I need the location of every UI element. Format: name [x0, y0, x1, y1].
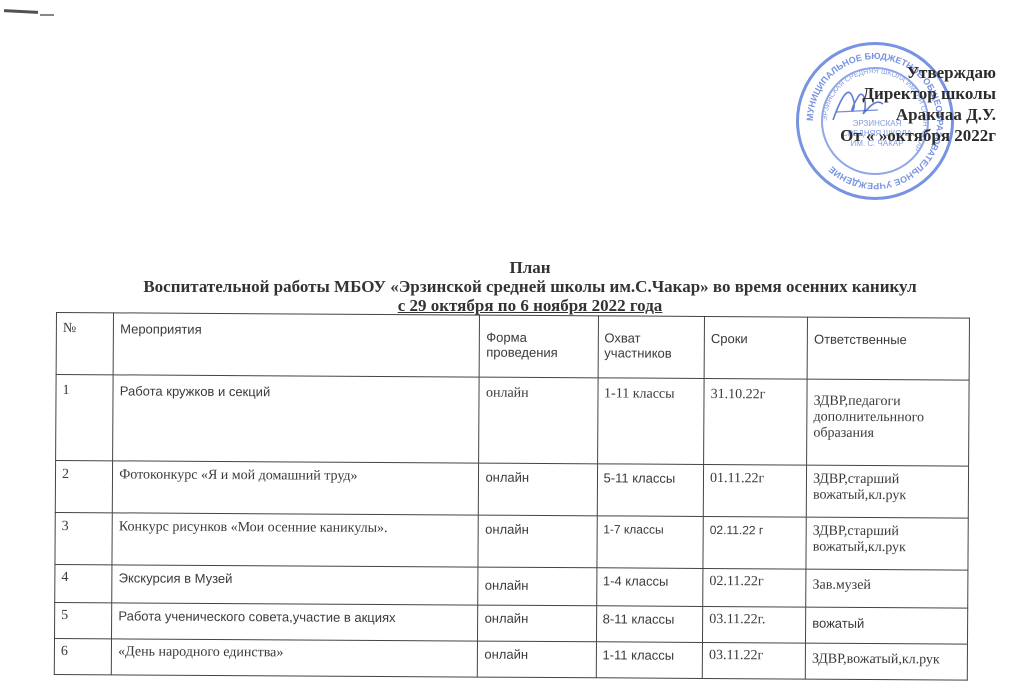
cell-coverage: 8-11 классы — [596, 606, 703, 643]
approval-line: Утверждаю — [840, 62, 996, 83]
approval-block: Утверждаю Директор школы Аракчаа Д.У. От… — [840, 62, 996, 146]
cell-form: онлайн — [478, 605, 596, 642]
cell-coverage: 1-11 классы — [597, 378, 704, 465]
cell-responsible: Зав.музей — [806, 569, 968, 608]
cell-num: 3 — [55, 512, 113, 564]
cell-responsible: ЗДВР,педагоги дополнительнного образания — [807, 379, 969, 466]
cell-responsible: ЗДВР,старший вожатый,кл.рук — [806, 517, 968, 570]
cell-num: 6 — [54, 638, 111, 674]
cell-form: онлайн — [478, 515, 596, 568]
cell-coverage: 5-11 классы — [597, 464, 704, 517]
cell-event: Работа кружков и секций — [113, 375, 480, 463]
cell-event: Работа ученического совета,участие в акц… — [112, 603, 478, 641]
table-header-row: № Мероприятия Форма проведения Охват уча… — [56, 313, 969, 381]
cell-event: Конкурс рисунков «Мои осенние каникулы». — [112, 513, 479, 567]
title-main: Воспитательной работы МБОУ «Эрзинской ср… — [100, 277, 960, 296]
table-row: 2 Фотоконкурс «Я и мой домашний труд» он… — [55, 461, 968, 519]
cell-responsible: ЗДВР,вожатый,кл.рук — [805, 643, 967, 680]
cell-event: «День народного единства» — [112, 639, 478, 677]
table-row: 1 Работа кружков и секций онлайн 1-11 кл… — [56, 375, 970, 467]
table-row: 6 «День народного единства» онлайн 1-11 … — [54, 638, 967, 680]
plan-table: № Мероприятия Форма проведения Охват уча… — [54, 312, 970, 681]
header-coverage: Охват участников — [598, 316, 705, 379]
cell-dates: 31.10.22г — [704, 378, 808, 465]
cell-form: онлайн — [479, 377, 598, 464]
cell-dates: 03.11.22г — [702, 642, 805, 679]
cell-coverage: 1-11 классы — [596, 642, 703, 679]
approval-line: От « »октября 2022г — [840, 125, 996, 146]
scan-artifact — [40, 14, 54, 16]
approval-line: Директор школы — [840, 83, 996, 104]
cell-event: Фотоконкурс «Я и мой домашний труд» — [113, 461, 480, 515]
table-row: 3 Конкурс рисунков «Мои осенние каникулы… — [55, 512, 968, 570]
cell-dates: 03.11.22г. — [703, 606, 806, 643]
header-num: № — [56, 313, 114, 375]
cell-form: онлайн — [478, 567, 596, 606]
cell-num: 4 — [55, 564, 112, 602]
cell-event: Экскурсия в Музей — [112, 565, 478, 605]
approval-line: Аракчаа Д.У. — [840, 104, 996, 125]
header-responsible: Ответственные — [807, 317, 969, 380]
cell-form: онлайн — [478, 641, 596, 678]
document-title: План Воспитательной работы МБОУ «Эрзинск… — [100, 258, 960, 315]
cell-responsible: вожатый — [806, 607, 968, 644]
cell-dates: 01.11.22г — [703, 464, 806, 517]
cell-dates: 02.11.22 г — [703, 516, 806, 569]
title-plan: План — [100, 258, 960, 277]
cell-num: 2 — [55, 461, 113, 513]
table-row: 4 Экскурсия в Музей онлайн 1-4 классы 02… — [55, 564, 968, 608]
cell-coverage: 1-7 классы — [597, 516, 704, 569]
table-row: 5 Работа ученического совета,участие в а… — [55, 602, 968, 644]
cell-form: онлайн — [479, 463, 597, 516]
cell-responsible: ЗДВР,старший вожатый,кл.рук — [806, 465, 968, 518]
header-form: Форма проведения — [480, 315, 598, 378]
cell-dates: 02.11.22г — [703, 568, 806, 607]
cell-coverage: 1-4 классы — [596, 568, 703, 607]
header-event: Мероприятия — [113, 313, 480, 377]
header-dates: Сроки — [704, 316, 807, 379]
cell-num: 1 — [56, 375, 114, 461]
cell-num: 5 — [55, 602, 112, 638]
scan-artifact — [4, 9, 38, 14]
